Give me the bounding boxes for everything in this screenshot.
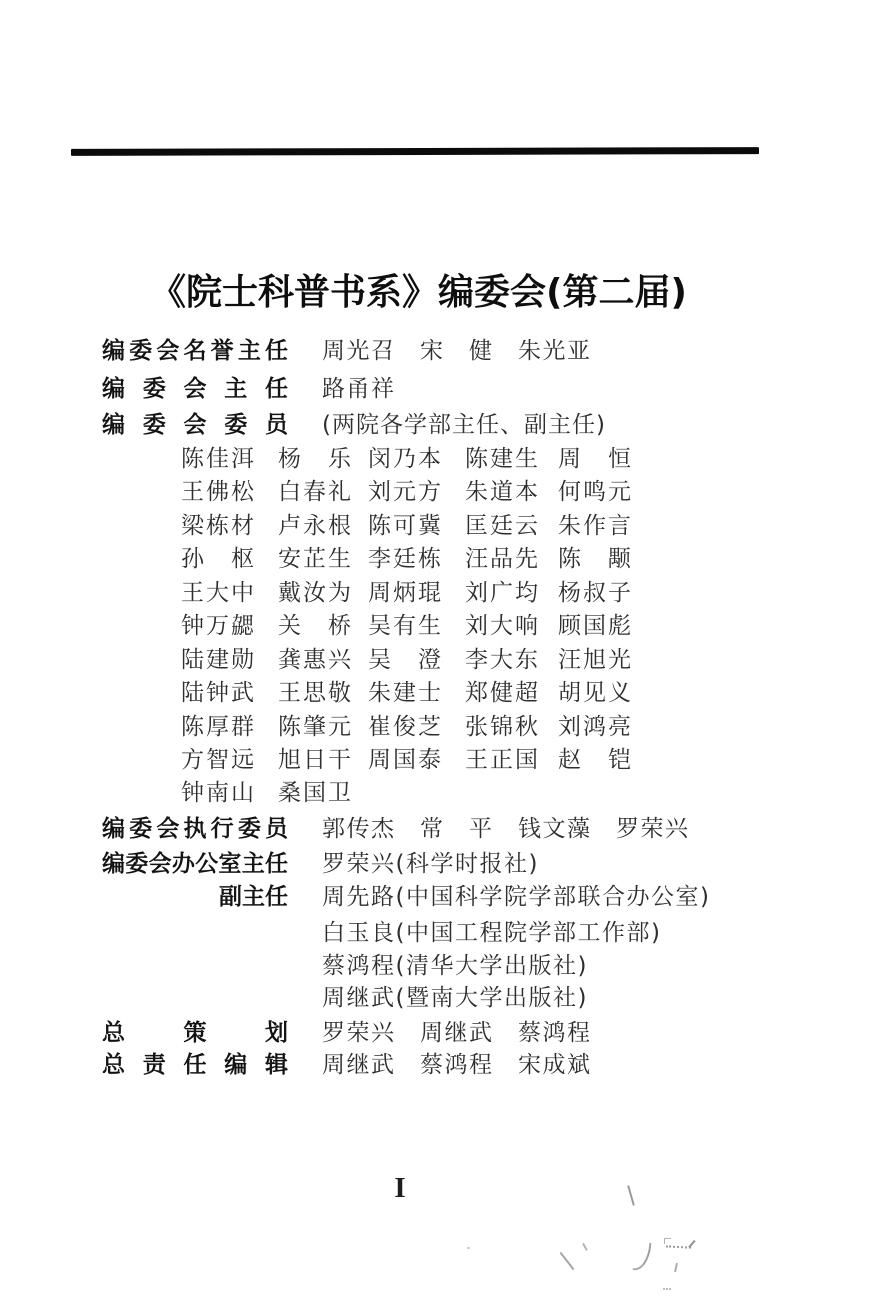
member-name: 匡廷云 bbox=[465, 514, 558, 538]
row-label: 总责任编辑 bbox=[102, 1054, 288, 1077]
member-name: 杨 乐 bbox=[278, 447, 368, 471]
member-row: 方智远旭日干周国泰王正国赵 铠 bbox=[181, 748, 741, 781]
member-name: 钟南山 bbox=[181, 781, 278, 805]
pencil-mark bbox=[664, 1238, 671, 1244]
member-row: 陈厚群陈肇元崔俊芝张锦秋刘鸿亮 bbox=[181, 715, 741, 748]
member-name: 闵乃本 bbox=[368, 447, 465, 471]
member-name: 朱道本 bbox=[465, 480, 558, 504]
member-name: 王思敬 bbox=[278, 681, 368, 705]
member-name: 周炳琨 bbox=[368, 581, 465, 605]
member-name: 杨叔子 bbox=[558, 581, 741, 605]
member-name: 刘元方 bbox=[368, 480, 465, 504]
member-name: 吴 澄 bbox=[368, 648, 465, 672]
member-name: 陈可冀 bbox=[368, 514, 465, 538]
row-deputy-director-4: 周继武(暨南大学出版社) bbox=[102, 987, 588, 1010]
row-value: 路甬祥 bbox=[322, 378, 396, 401]
row-label: 编委会名誉主任 bbox=[102, 340, 288, 363]
row-chief-planner: 总策划 罗荣兴 周继武 蔡鸿程 bbox=[102, 1022, 592, 1045]
row-value: 白玉良(中国工程院学部工作部) bbox=[322, 922, 661, 945]
row-label: 编委会办公室主任 bbox=[102, 853, 288, 876]
member-name: 陆钟武 bbox=[181, 681, 278, 705]
member-name: 崔俊芝 bbox=[368, 715, 465, 739]
member-name: 刘鸿亮 bbox=[558, 715, 741, 739]
member-name: 安芷生 bbox=[278, 547, 368, 571]
member-name: 李廷栋 bbox=[368, 547, 465, 571]
row-label: 编委会委员 bbox=[102, 414, 288, 437]
member-row: 陆钟武王思敬朱建士郑健超胡见义 bbox=[181, 681, 741, 714]
member-name: 李大东 bbox=[465, 648, 558, 672]
member-name: 何鸣元 bbox=[558, 480, 741, 504]
member-name: 旭日干 bbox=[278, 748, 368, 772]
member-name: 卢永根 bbox=[278, 514, 368, 538]
row-label: 副主任 bbox=[102, 886, 288, 909]
pencil-mark bbox=[627, 1185, 635, 1206]
row-value: 罗荣兴(科学时报社) bbox=[322, 853, 539, 876]
row-chief-editor: 总责任编辑 周继武 蔡鸿程 宋成斌 bbox=[102, 1054, 592, 1077]
member-name: 刘大响 bbox=[465, 614, 558, 638]
member-name: 汪旭光 bbox=[558, 648, 741, 672]
row-honorary-directors: 编委会名誉主任 周光召 宋 健 朱光亚 bbox=[102, 340, 592, 363]
scanned-book-page: 《院士科普书系》编委会(第二届) 编委会名誉主任 周光召 宋 健 朱光亚 编委会… bbox=[0, 0, 888, 1305]
row-value: 郭传杰 常 平 钱文藻 罗荣兴 bbox=[322, 818, 690, 841]
row-value: (两院各学部主任、副主任) bbox=[322, 414, 606, 437]
member-name: 朱作言 bbox=[558, 514, 741, 538]
member-name: 方智远 bbox=[181, 748, 278, 772]
row-value: 周光召 宋 健 朱光亚 bbox=[322, 340, 592, 363]
row-executive-members: 编委会执行委员 郭传杰 常 平 钱文藻 罗荣兴 bbox=[102, 818, 690, 841]
member-name: 周国泰 bbox=[368, 748, 465, 772]
member-row: 陈佳洱杨 乐闵乃本陈建生周 恒 bbox=[181, 447, 741, 480]
row-deputy-director-2: 白玉良(中国工程院学部工作部) bbox=[102, 922, 661, 945]
member-name: 桑国卫 bbox=[278, 781, 368, 805]
member-row: 梁栋材卢永根陈可冀匡廷云朱作言 bbox=[181, 514, 741, 547]
member-name: 陈佳洱 bbox=[181, 447, 278, 471]
row-value: 蔡鸿程(清华大学出版社) bbox=[322, 955, 588, 978]
horizontal-rule bbox=[71, 147, 759, 156]
member-name: 汪品先 bbox=[465, 547, 558, 571]
member-name: 吴有生 bbox=[368, 614, 465, 638]
pencil-mark bbox=[674, 1263, 678, 1272]
member-row: 王佛松白春礼刘元方朱道本何鸣元 bbox=[181, 480, 741, 513]
member-name: 王佛松 bbox=[181, 480, 278, 504]
row-value: 周先路(中国科学院学部联合办公室) bbox=[322, 886, 710, 909]
row-deputy-director-3: 蔡鸿程(清华大学出版社) bbox=[102, 955, 588, 978]
member-row: 钟万勰关 桥吴有生刘大响顾国彪 bbox=[181, 614, 741, 647]
member-name: 关 桥 bbox=[278, 614, 368, 638]
member-name: 王正国 bbox=[465, 748, 558, 772]
row-office-director: 编委会办公室主任 罗荣兴(科学时报社) bbox=[102, 853, 539, 876]
row-director: 编委会主任 路甬祥 bbox=[102, 378, 396, 401]
member-name: 梁栋材 bbox=[181, 514, 278, 538]
pencil-mark bbox=[467, 1247, 470, 1249]
member-name: 陈肇元 bbox=[278, 715, 368, 739]
row-deputy-director: 副主任 周先路(中国科学院学部联合办公室) bbox=[102, 886, 710, 909]
member-name: 赵 铠 bbox=[558, 748, 741, 772]
member-name: 戴汝为 bbox=[278, 581, 368, 605]
pencil-mark bbox=[688, 1240, 701, 1253]
member-name: 顾国彪 bbox=[558, 614, 741, 638]
row-value: 罗荣兴 周继武 蔡鸿程 bbox=[322, 1022, 592, 1045]
member-name: 陈 颙 bbox=[558, 547, 741, 571]
member-name: 王大中 bbox=[181, 581, 278, 605]
pencil-mark bbox=[663, 1288, 671, 1292]
member-name: 钟万勰 bbox=[181, 614, 278, 638]
row-value: 周继武 蔡鸿程 宋成斌 bbox=[322, 1054, 592, 1077]
pencil-mark bbox=[666, 1245, 691, 1248]
member-name: 白春礼 bbox=[278, 480, 368, 504]
pencil-mark bbox=[582, 1243, 587, 1251]
member-row: 孙 枢安芷生李廷栋汪品先陈 颙 bbox=[181, 547, 741, 580]
member-name: 孙 枢 bbox=[181, 547, 278, 571]
pencil-mark bbox=[633, 1241, 652, 1272]
row-label: 编委会执行委员 bbox=[102, 818, 288, 841]
member-row: 陆建勋龚惠兴吴 澄李大东汪旭光 bbox=[181, 648, 741, 681]
row-committee-members: 编委会委员 (两院各学部主任、副主任) bbox=[102, 414, 606, 437]
pencil-mark bbox=[559, 1252, 574, 1271]
member-name: 郑健超 bbox=[465, 681, 558, 705]
member-grid: 陈佳洱杨 乐闵乃本陈建生周 恒王佛松白春礼刘元方朱道本何鸣元梁栋材卢永根陈可冀匡… bbox=[181, 447, 741, 815]
row-label: 编委会主任 bbox=[102, 378, 288, 401]
member-name: 陈建生 bbox=[465, 447, 558, 471]
member-name: 龚惠兴 bbox=[278, 648, 368, 672]
member-name: 朱建士 bbox=[368, 681, 465, 705]
member-name: 陈厚群 bbox=[181, 715, 278, 739]
member-name: 刘广均 bbox=[465, 581, 558, 605]
page-number: I bbox=[380, 1172, 420, 1205]
member-row: 王大中戴汝为周炳琨刘广均杨叔子 bbox=[181, 581, 741, 614]
member-name: 张锦秋 bbox=[465, 715, 558, 739]
row-value: 周继武(暨南大学出版社) bbox=[322, 987, 588, 1010]
row-label: 总策划 bbox=[102, 1022, 288, 1045]
member-name: 周 恒 bbox=[558, 447, 741, 471]
member-row: 钟南山桑国卫 bbox=[181, 781, 741, 814]
member-name: 胡见义 bbox=[558, 681, 741, 705]
member-name: 陆建勋 bbox=[181, 648, 278, 672]
page-title: 《院士科普书系》编委会(第二届) bbox=[150, 273, 678, 313]
